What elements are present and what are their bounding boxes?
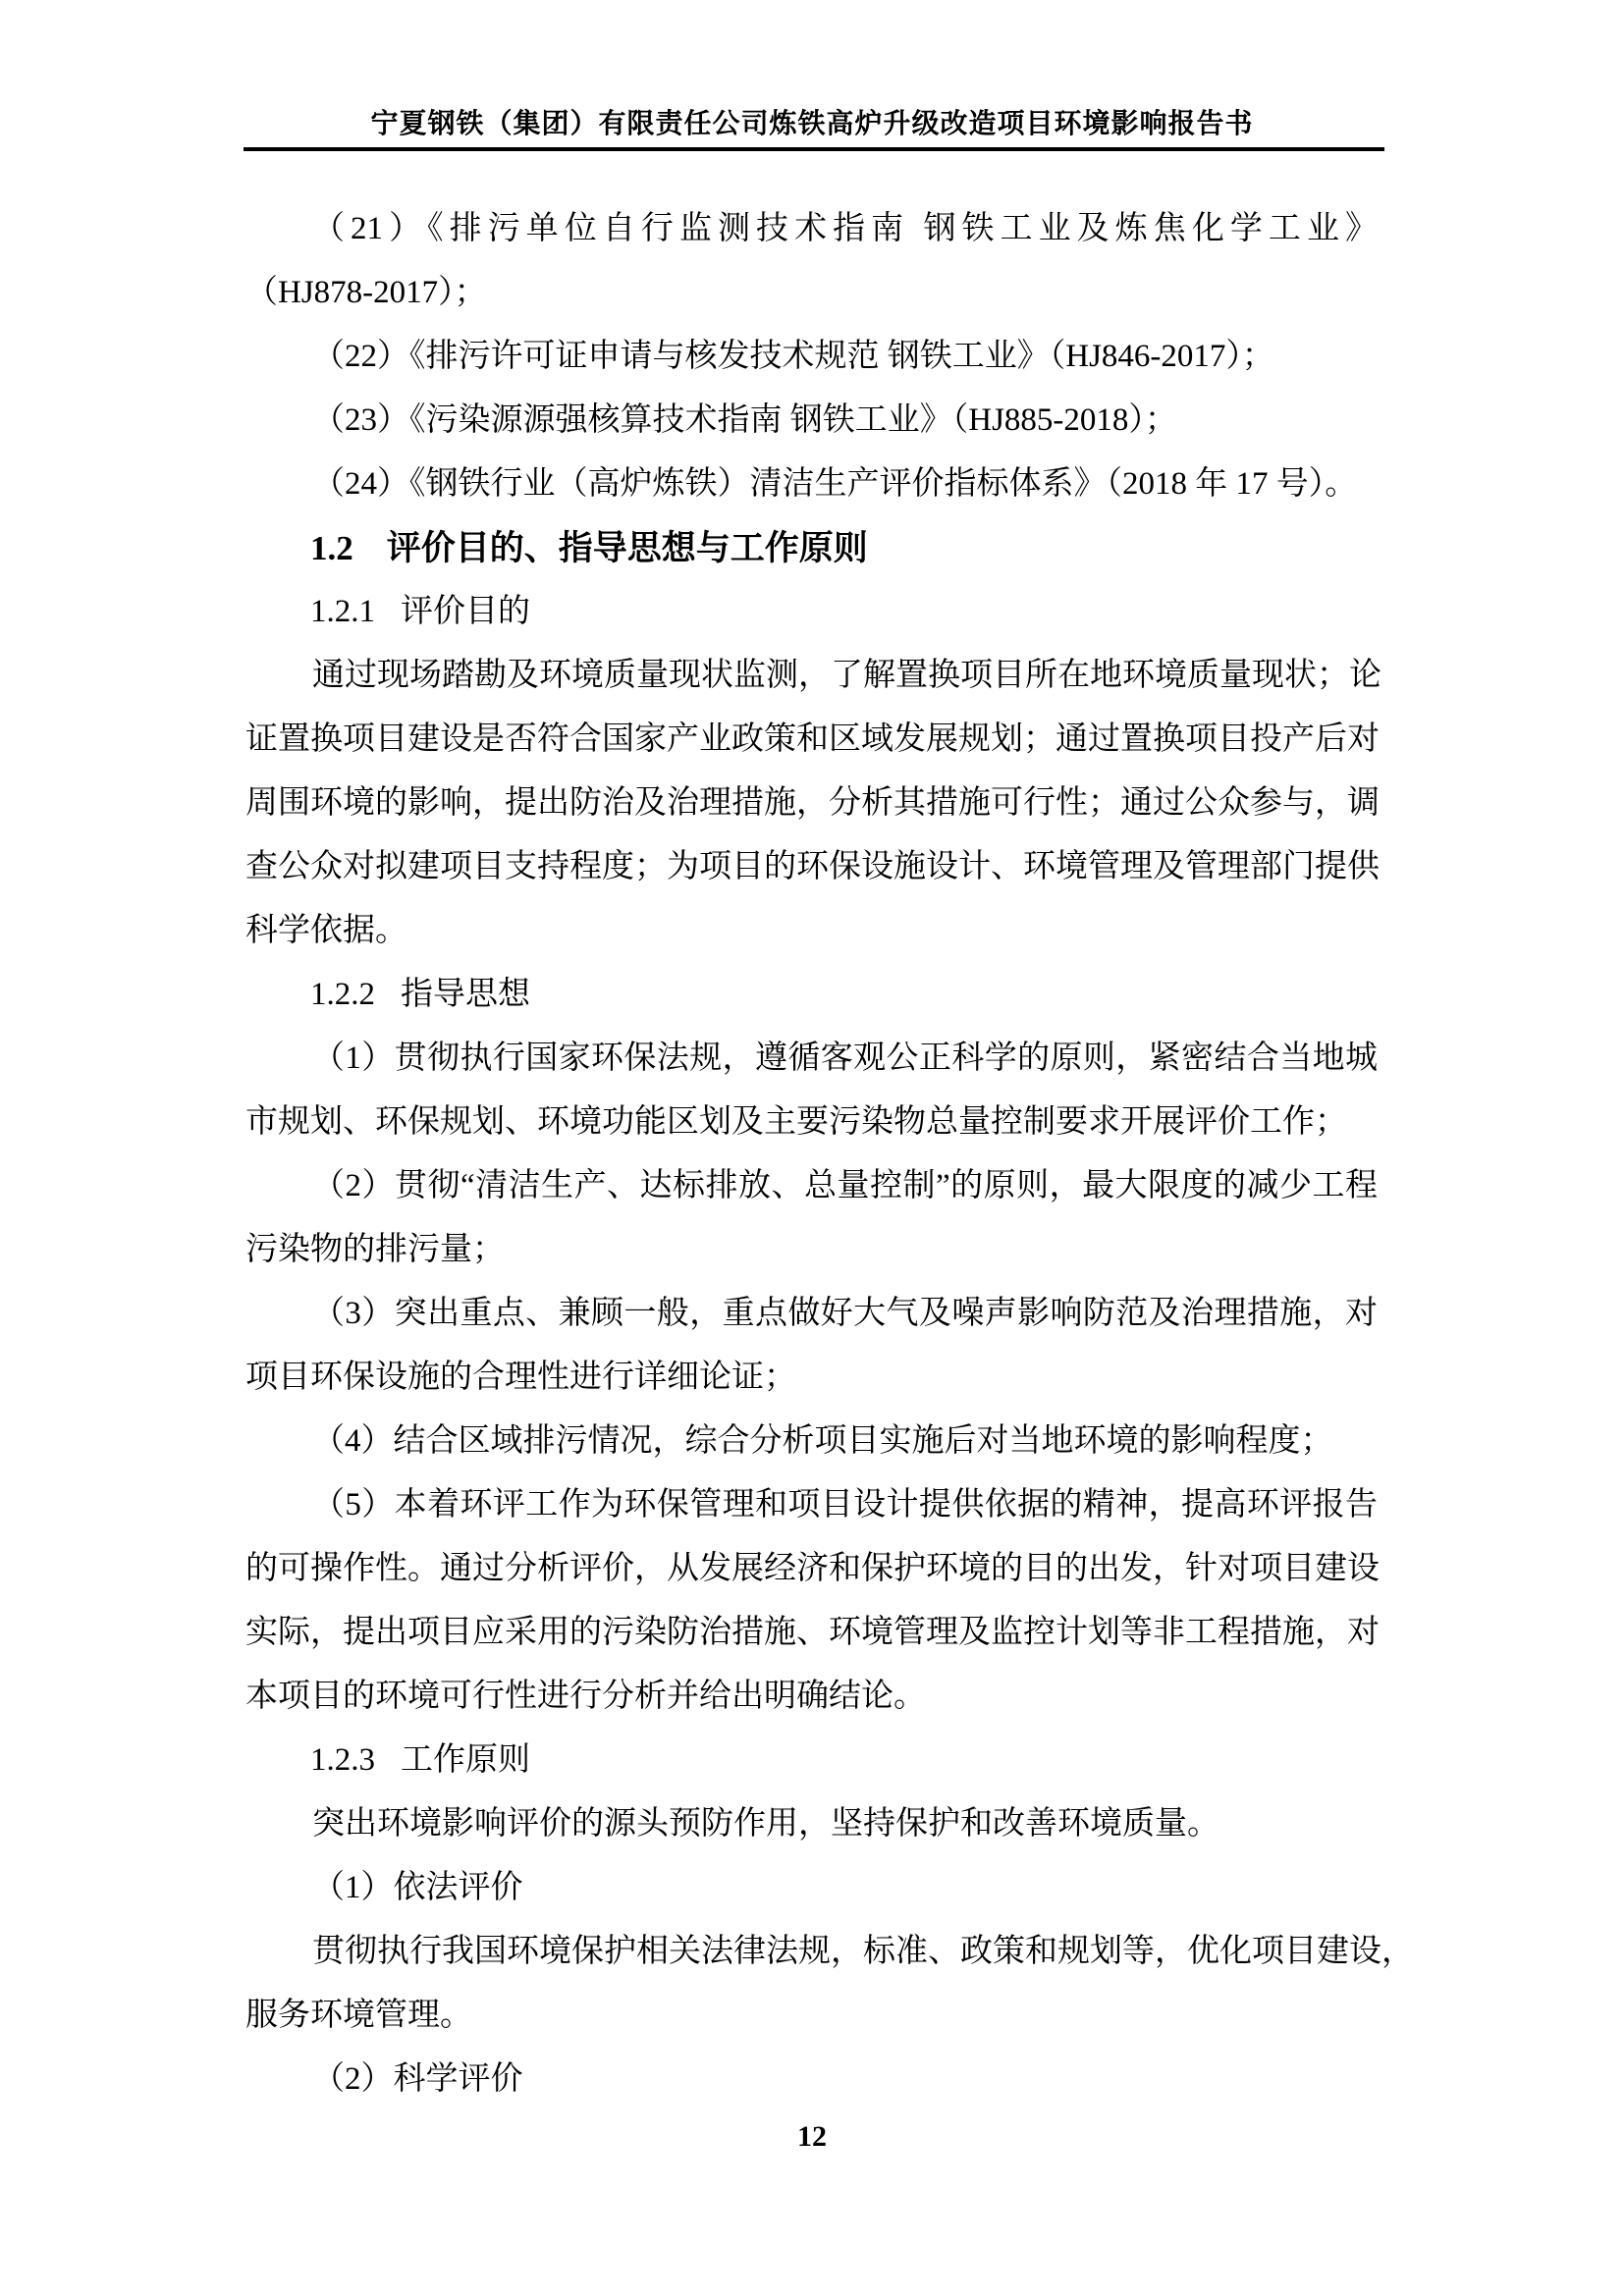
text-line: 科学依据。 (245, 899, 1378, 963)
text-line: 本项目的环境可行性进行分析并给出明确结论。 (245, 1665, 1378, 1729)
heading-title: 评价目的 (401, 594, 530, 629)
text-line: （23）《污染源源强核算技术指南 钢铁工业》（HJ885-2018）； (245, 389, 1378, 453)
heading-title: 评价目的、指导思想与工作原则 (387, 529, 868, 567)
heading-number: 1.2 (310, 529, 353, 567)
subsection-heading: 1.2.1评价目的 (245, 580, 1378, 644)
heading-title: 指导思想 (401, 977, 530, 1012)
page-number: 12 (0, 2120, 1624, 2154)
text-line: 污染物的排污量； (245, 1218, 1378, 1282)
text-line: 查公众对拟建项目支持程度；为项目的环保设施设计、环境管理及管理部门提供 (245, 835, 1378, 899)
page-header-title: 宁夏钢铁（集团）有限责任公司炼铁高炉升级改造项目环境影响报告书 (245, 102, 1379, 141)
text-line: 贯彻执行我国环境保护相关法律法规，标准、政策和规划等，优化项目建设， (245, 1920, 1378, 1984)
text-line: （1）依法评价 (245, 1856, 1378, 1920)
subsection-heading: 1.2.2指导思想 (245, 963, 1378, 1027)
text-line: 通过现场踏勘及环境质量现状监测，了解置换项目所在地环境质量现状；论 (245, 644, 1378, 708)
text-line: 实际，提出项目应采用的污染防治措施、环境管理及监控计划等非工程措施，对 (245, 1601, 1378, 1665)
text-line: （2）科学评价 (245, 2048, 1378, 2111)
text-line: 项目环保设施的合理性进行详细论证； (245, 1346, 1378, 1410)
text-line: 证置换项目建设是否符合国家产业政策和区域发展规划；通过置换项目投产后对 (245, 708, 1378, 772)
document-body: （21）《排污单位自行监测技术指南 钢铁工业及炼焦化学工业》（HJ878-201… (245, 197, 1378, 2111)
text-line: （1）贯彻执行国家环保法规，遵循客观公正科学的原则，紧密结合当地城 (245, 1027, 1378, 1091)
text-line: （22）《排污许可证申请与核发技术规范 钢铁工业》（HJ846-2017）； (245, 325, 1378, 389)
text-line: （24）《钢铁行业（高炉炼铁）清洁生产评价指标体系》（2018 年 17 号）。 (245, 453, 1378, 516)
text-line: （3）突出重点、兼顾一般，重点做好大气及噪声影响防范及治理措施，对 (245, 1282, 1378, 1346)
text-line: （4）结合区域排污情况，综合分析项目实施后对当地环境的影响程度； (245, 1410, 1378, 1473)
header-divider-rule (244, 147, 1384, 151)
text-line: 的可操作性。通过分析评价，从发展经济和保护环境的目的出发，针对项目建设 (245, 1537, 1378, 1601)
heading-number: 1.2.1 (310, 594, 375, 629)
heading-number: 1.2.2 (310, 977, 375, 1012)
text-line: 市规划、环保规划、环境功能区划及主要污染物总量控制要求开展评价工作； (245, 1091, 1378, 1154)
section-heading: 1.2评价目的、指导思想与工作原则 (245, 516, 1378, 580)
text-line: （2）贯彻“清洁生产、达标排放、总量控制”的原则，最大限度的减少工程 (245, 1154, 1378, 1218)
subsection-heading: 1.2.3工作原则 (245, 1729, 1378, 1792)
heading-number: 1.2.3 (310, 1742, 375, 1778)
text-line: 突出环境影响评价的源头预防作用，坚持保护和改善环境质量。 (245, 1792, 1378, 1856)
text-line: （HJ878-2017）； (245, 261, 1378, 325)
text-line: （21）《排污单位自行监测技术指南 钢铁工业及炼焦化学工业》 (245, 197, 1378, 261)
text-line: （5）本着环评工作为环保管理和项目设计提供依据的精神，提高环评报告 (245, 1473, 1378, 1537)
text-line: 周围环境的影响，提出防治及治理措施，分析其措施可行性；通过公众参与，调 (245, 772, 1378, 835)
text-line: 服务环境管理。 (245, 1984, 1378, 2048)
heading-title: 工作原则 (401, 1742, 530, 1778)
document-page: 宁夏钢铁（集团）有限责任公司炼铁高炉升级改造项目环境影响报告书 （21）《排污单… (0, 0, 1624, 2296)
